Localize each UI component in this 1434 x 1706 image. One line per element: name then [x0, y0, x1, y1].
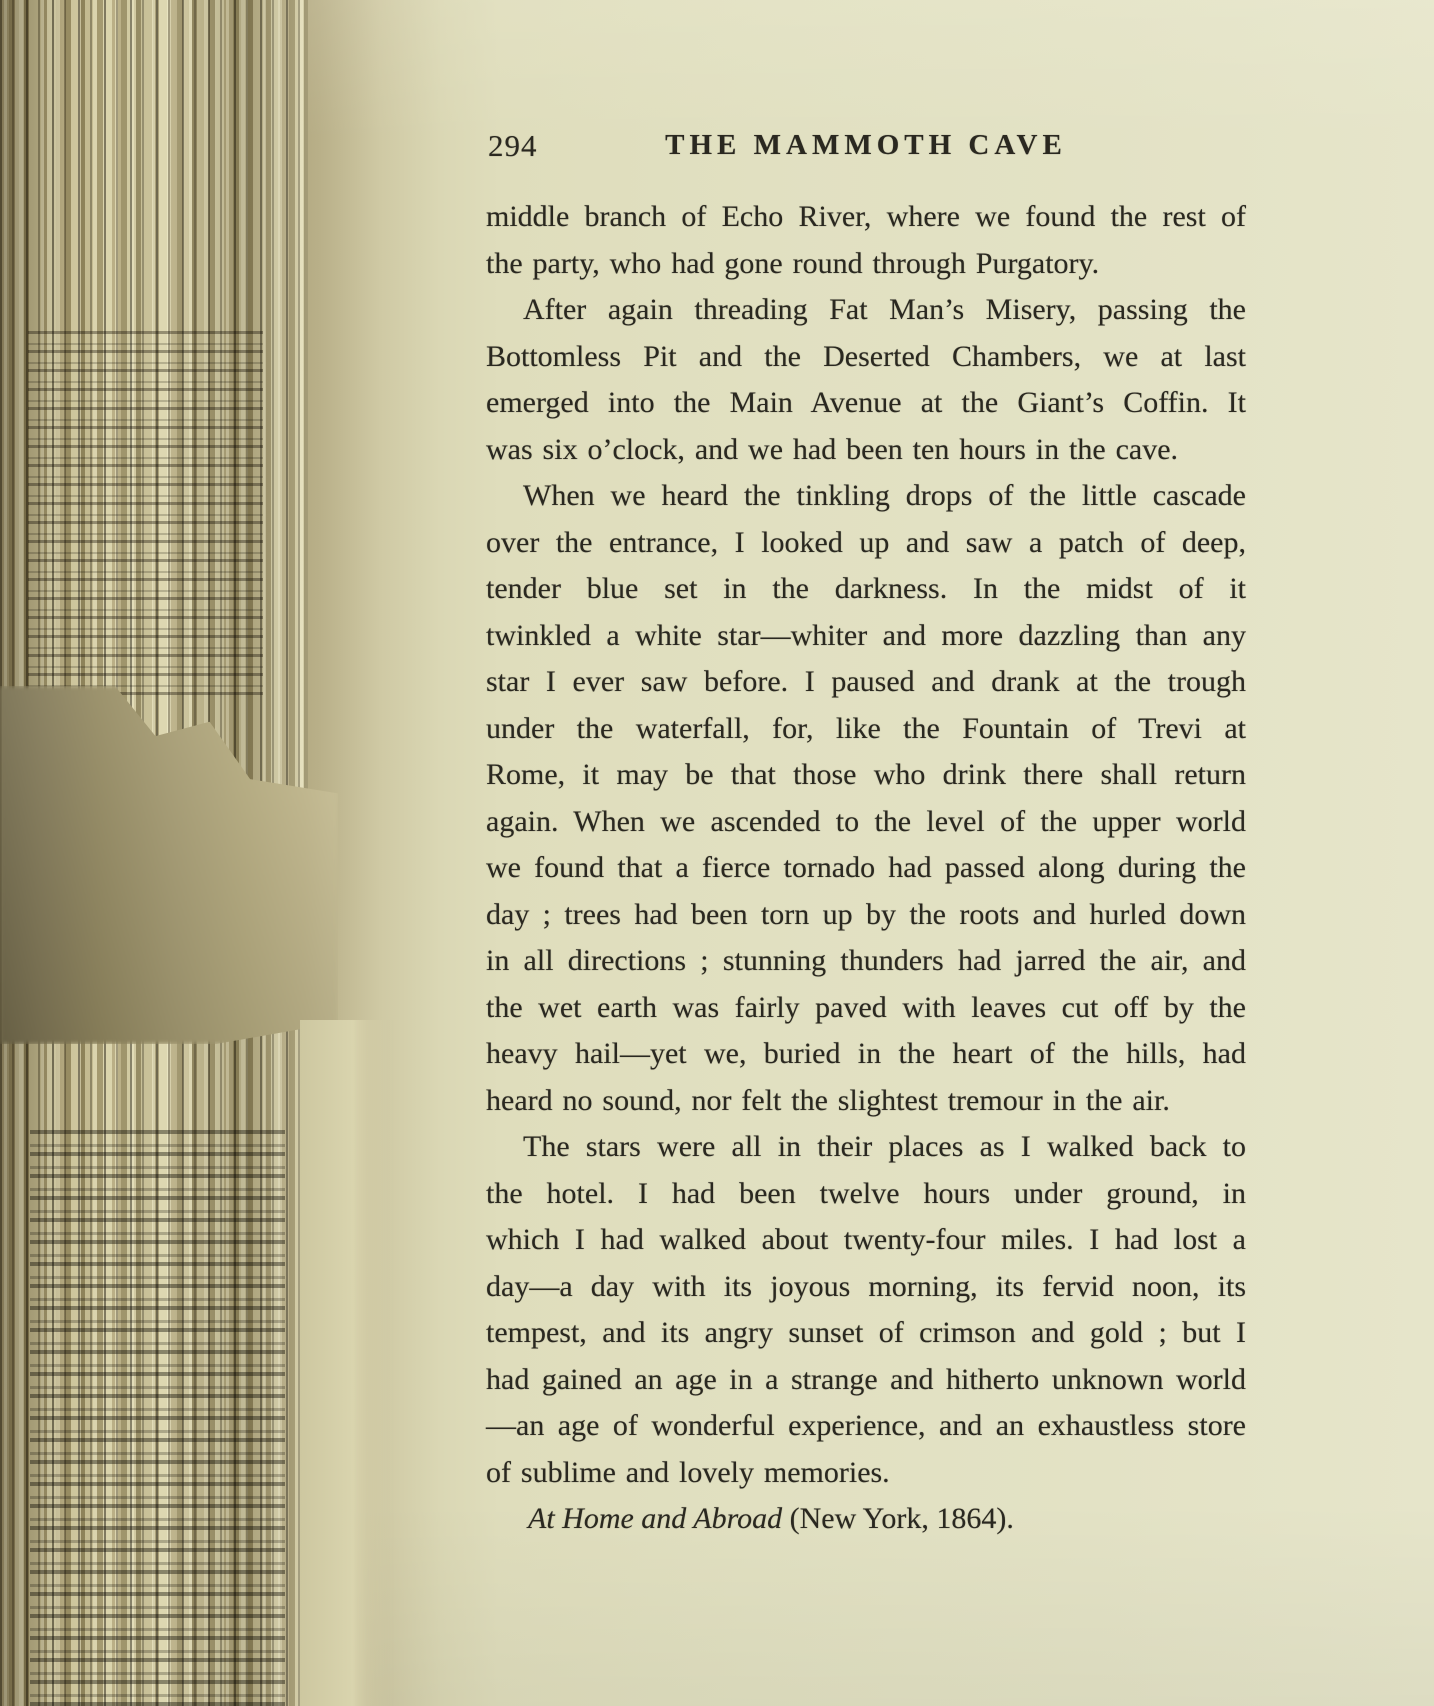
text-line: twinkled a white star—whiter and more da…: [486, 613, 1246, 660]
text-line: day—a day with its joyous morning, its f…: [486, 1264, 1246, 1311]
text-line: day ; trees had been torn up by the root…: [486, 892, 1246, 939]
text-line: tender blue set in the darkness. In the …: [486, 566, 1246, 613]
text-line: After again threading Fat Man’s Misery, …: [486, 287, 1246, 334]
text-line: we found that a fierce tornado had passe…: [486, 845, 1246, 892]
text-line: which I had walked about twenty-four mil…: [486, 1217, 1246, 1264]
text-line: —an age of wonderful experience, and an …: [486, 1403, 1246, 1450]
text-line: Bottomless Pit and the Deserted Chambers…: [486, 334, 1246, 381]
page-edge-hatch-top: [28, 330, 263, 695]
text-line: the wet earth was fairly paved with leav…: [486, 985, 1246, 1032]
text-line: star I ever saw before. I paused and dra…: [486, 659, 1246, 706]
text-line: emerged into the Main Avenue at the Gian…: [486, 380, 1246, 427]
text-line: the party, who had gone round through Pu…: [486, 241, 1246, 288]
citation-line: At Home and Abroad (New York, 1864).: [486, 1496, 1246, 1543]
page-body-text: middle branch of Echo River, where we fo…: [486, 194, 1246, 1496]
text-line: When we heard the tinkling drops of the …: [486, 473, 1246, 520]
text-line: had gained an age in a strange and hithe…: [486, 1357, 1246, 1404]
page-number: 294: [488, 128, 538, 164]
citation-title: At Home and Abroad: [528, 1502, 782, 1535]
running-title: THE MAMMOTH CAVE: [486, 128, 1246, 162]
text-line: again. When we ascended to the level of …: [486, 799, 1246, 846]
page-edge-hatch-bottom: [30, 1130, 285, 1706]
text-line: in all directions ; stunning thunders ha…: [486, 938, 1246, 985]
text-line: of sublime and lovely memories.: [486, 1450, 1246, 1497]
text-line: under the waterfall, for, like the Fount…: [486, 706, 1246, 753]
text-line: over the entrance, I looked up and saw a…: [486, 520, 1246, 567]
text-line: Rome, it may be that those who drink the…: [486, 752, 1246, 799]
text-line: the hotel. I had been twelve hours under…: [486, 1171, 1246, 1218]
book-page-edges: [0, 0, 400, 1706]
text-line: was six o’clock, and we had been ten hou…: [486, 427, 1246, 474]
page-edge-pale-band: [300, 1020, 396, 1706]
text-line: tempest, and its angry sunset of crimson…: [486, 1310, 1246, 1357]
text-line: The stars were all in their places as I …: [486, 1124, 1246, 1171]
page-header: 294 THE MAMMOTH CAVE: [486, 128, 1246, 168]
book-scan: 294 THE MAMMOTH CAVE middle branch of Ec…: [0, 0, 1434, 1706]
text-line: heard no sound, nor felt the slightest t…: [486, 1078, 1246, 1125]
text-line: heavy hail—yet we, buried in the heart o…: [486, 1031, 1246, 1078]
citation-imprint: (New York, 1864).: [782, 1502, 1014, 1535]
text-line: middle branch of Echo River, where we fo…: [486, 194, 1246, 241]
